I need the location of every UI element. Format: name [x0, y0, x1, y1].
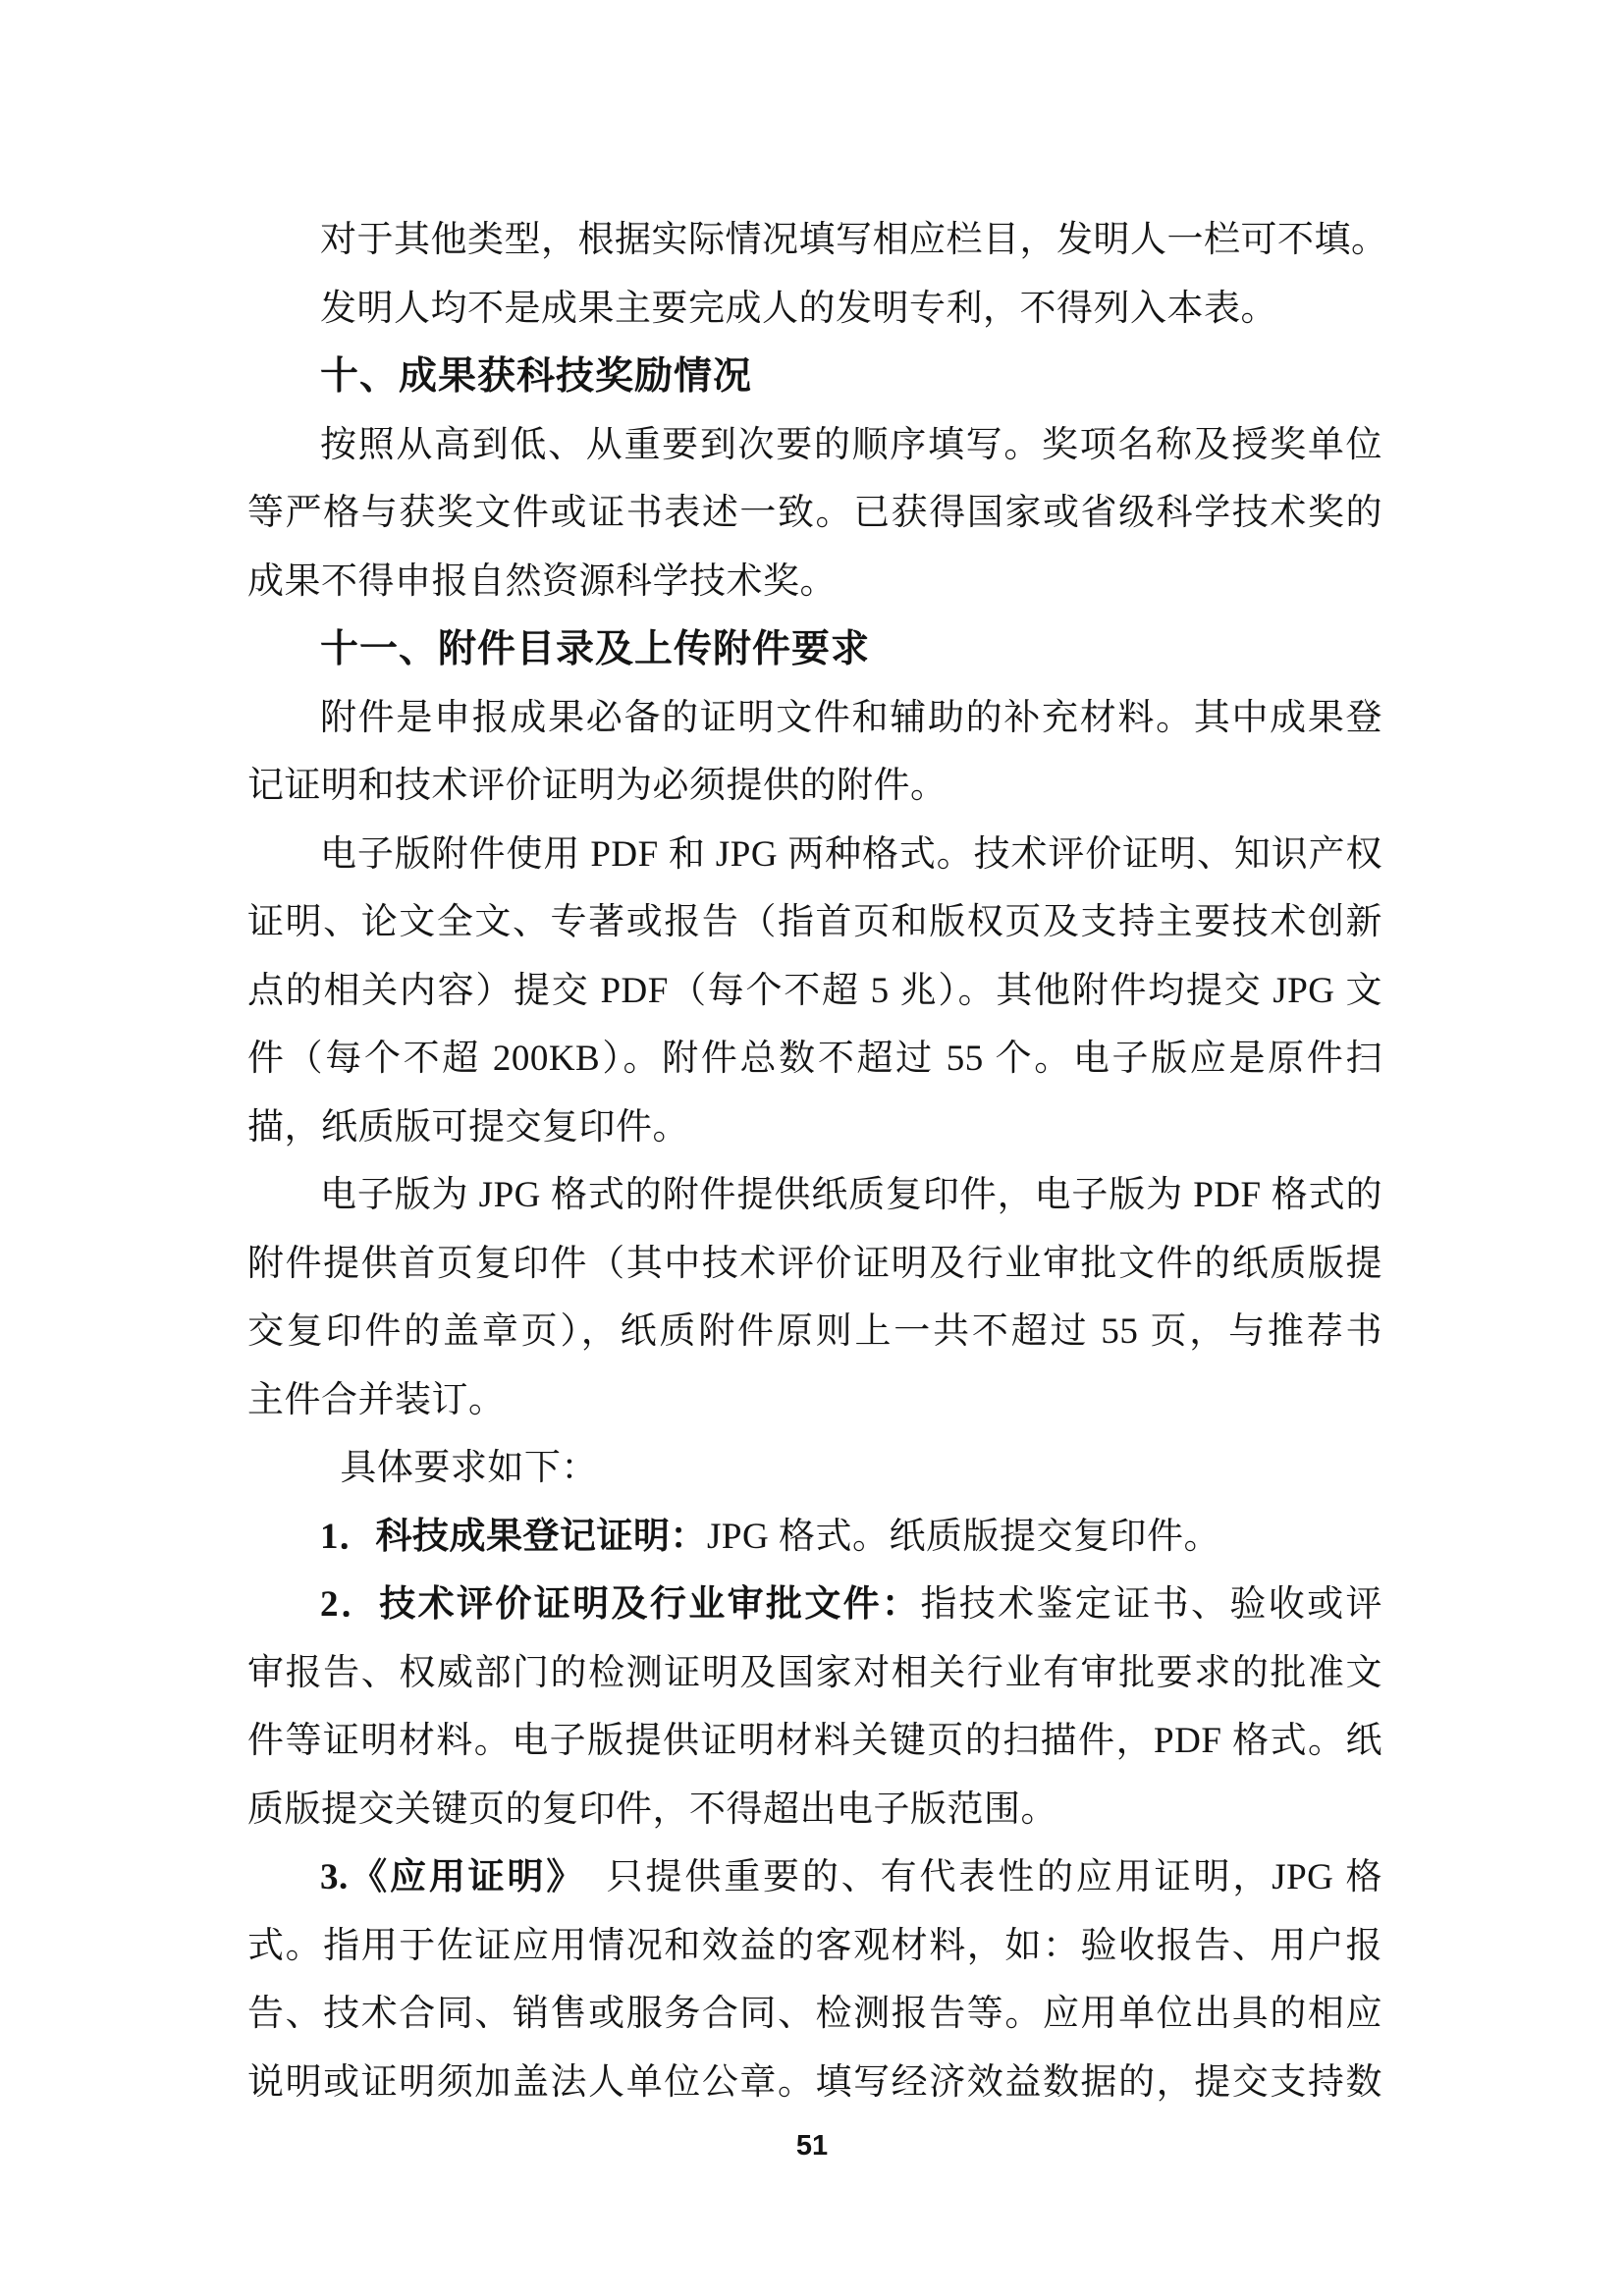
paragraph-line: 式。指用于佐证应用情况和效益的客观材料，如：验收报告、用户报 — [247, 1912, 1382, 1981]
paragraph-line: 质版提交关键页的复印件，不得超出电子版范围。 — [247, 1776, 1382, 1844]
body-text: 只提供重要的、有代表性的应用证明，JPG 格 — [568, 1857, 1382, 1897]
paragraph-line: 发明人均不是成果主要完成人的发明专利，不得列入本表。 — [247, 275, 1382, 344]
body-text: 质版提交关键页的复印件，不得超出电子版范围。 — [247, 1789, 1057, 1830]
section-heading-text: 十一、附件目录及上传附件要求 — [320, 628, 870, 670]
body-text: 指技术鉴定证书、验收或评 — [920, 1584, 1382, 1625]
body-text: 证明、论文全文、专著或报告（指首页和版权页及支持主要技术创新 — [247, 902, 1382, 942]
paragraph-line: 记证明和技术评价证明为必须提供的附件。 — [247, 752, 1382, 821]
paragraph-line: 对于其他类型，根据实际情况填写相应栏目，发明人一栏可不填。 — [247, 206, 1382, 275]
body-text: 记证明和技术评价证明为必须提供的附件。 — [247, 766, 947, 806]
body-text: 件（每个不超 200KB）。附件总数不超过 55 个。电子版应是原件扫 — [247, 1039, 1382, 1079]
item-label: 1．科技成果登记证明： — [320, 1517, 707, 1557]
body-text: 告、技术合同、销售或服务合同、检测报告等。应用单位出具的相应 — [247, 1994, 1382, 2034]
document-page: 对于其他类型，根据实际情况填写相应栏目，发明人一栏可不填。发明人均不是成果主要完… — [0, 0, 1624, 2296]
paragraph-line: 按照从高到低、从重要到次要的顺序填写。奖项名称及授奖单位 — [247, 411, 1382, 480]
paragraph-line: 告、技术合同、销售或服务合同、检测报告等。应用单位出具的相应 — [247, 1980, 1382, 2049]
body-text: 主件合并装订。 — [247, 1380, 506, 1420]
paragraph-line: 描，纸质版可提交复印件。 — [247, 1094, 1382, 1162]
body-text: 等严格与获奖文件或证书表述一致。已获得国家或省级科学技术奖的 — [247, 493, 1382, 533]
body-text: 成果不得申报自然资源科学技术奖。 — [247, 561, 837, 602]
section-heading: 十、成果获科技奖励情况 — [247, 343, 1382, 411]
body-text: 具体要求如下： — [340, 1448, 598, 1488]
body-text: 发明人均不是成果主要完成人的发明专利，不得列入本表。 — [320, 289, 1277, 329]
numbered-item-line: 2．技术评价证明及行业审批文件：指技术鉴定证书、验收或评 — [247, 1571, 1382, 1639]
body-text: 对于其他类型，根据实际情况填写相应栏目，发明人一栏可不填。 — [320, 220, 1388, 260]
paragraph-line: 审报告、权威部门的检测证明及国家对相关行业有审批要求的批准文 — [247, 1639, 1382, 1708]
body-text: 点的相关内容）提交 PDF（每个不超 5 兆）。其他附件均提交 JPG 文 — [247, 971, 1382, 1011]
document-body: 对于其他类型，根据实际情况填写相应栏目，发明人一栏可不填。发明人均不是成果主要完… — [247, 206, 1382, 2116]
body-text: 件等证明材料。电子版提供证明材料关键页的扫描件，PDF 格式。纸 — [247, 1721, 1382, 1761]
paragraph-line: 附件是申报成果必备的证明文件和辅助的补充材料。其中成果登 — [247, 684, 1382, 753]
body-text: 电子版为 JPG 格式的附件提供纸质复印件，电子版为 PDF 格式的 — [320, 1175, 1382, 1215]
body-text: 交复印件的盖章页），纸质附件原则上一共不超过 55 页，与推荐书 — [247, 1311, 1382, 1352]
item-label: 2．技术评价证明及行业审批文件： — [320, 1584, 920, 1625]
body-text: JPG 格式。纸质版提交复印件。 — [707, 1517, 1220, 1557]
body-text: 附件是申报成果必备的证明文件和辅助的补充材料。其中成果登 — [320, 698, 1382, 738]
body-text: 描，纸质版可提交复印件。 — [247, 1107, 689, 1148]
paragraph-line: 电子版为 JPG 格式的附件提供纸质复印件，电子版为 PDF 格式的 — [247, 1161, 1382, 1230]
paragraph-line: 附件提供首页复印件（其中技术评价证明及行业审批文件的纸质版提 — [247, 1230, 1382, 1299]
item-label: 3.《应用证明》 — [320, 1857, 568, 1897]
paragraph-line: 说明或证明须加盖法人单位公章。填写经济效益数据的，提交支持数 — [247, 2049, 1382, 2117]
body-text: 式。指用于佐证应用情况和效益的客观材料，如：验收报告、用户报 — [247, 1926, 1382, 1966]
body-text: 附件提供首页复印件（其中技术评价证明及行业审批文件的纸质版提 — [247, 1244, 1382, 1284]
page-number: 51 — [0, 2130, 1624, 2163]
numbered-item-line: 1．科技成果登记证明：JPG 格式。纸质版提交复印件。 — [247, 1503, 1382, 1572]
paragraph-line: 等严格与获奖文件或证书表述一致。已获得国家或省级科学技术奖的 — [247, 479, 1382, 548]
paragraph-line: 交复印件的盖章页），纸质附件原则上一共不超过 55 页，与推荐书 — [247, 1298, 1382, 1366]
paragraph-line: 件（每个不超 200KB）。附件总数不超过 55 个。电子版应是原件扫 — [247, 1025, 1382, 1094]
numbered-item-line: 3.《应用证明》 只提供重要的、有代表性的应用证明，JPG 格 — [247, 1843, 1382, 1912]
body-text: 说明或证明须加盖法人单位公章。填写经济效益数据的，提交支持数 — [247, 2062, 1382, 2103]
paragraph-line: 具体要求如下： — [247, 1434, 1382, 1503]
paragraph-line: 成果不得申报自然资源科学技术奖。 — [247, 548, 1382, 616]
body-text: 审报告、权威部门的检测证明及国家对相关行业有审批要求的批准文 — [247, 1653, 1382, 1693]
paragraph-line: 主件合并装订。 — [247, 1366, 1382, 1435]
paragraph-line: 件等证明材料。电子版提供证明材料关键页的扫描件，PDF 格式。纸 — [247, 1707, 1382, 1776]
section-heading: 十一、附件目录及上传附件要求 — [247, 615, 1382, 684]
paragraph-line: 证明、论文全文、专著或报告（指首页和版权页及支持主要技术创新 — [247, 888, 1382, 957]
paragraph-line: 点的相关内容）提交 PDF（每个不超 5 兆）。其他附件均提交 JPG 文 — [247, 957, 1382, 1026]
body-text: 电子版附件使用 PDF 和 JPG 两种格式。技术评价证明、知识产权 — [320, 834, 1382, 875]
paragraph-line: 电子版附件使用 PDF 和 JPG 两种格式。技术评价证明、知识产权 — [247, 821, 1382, 889]
body-text: 按照从高到低、从重要到次要的顺序填写。奖项名称及授奖单位 — [320, 425, 1382, 465]
section-heading-text: 十、成果获科技奖励情况 — [320, 355, 752, 398]
